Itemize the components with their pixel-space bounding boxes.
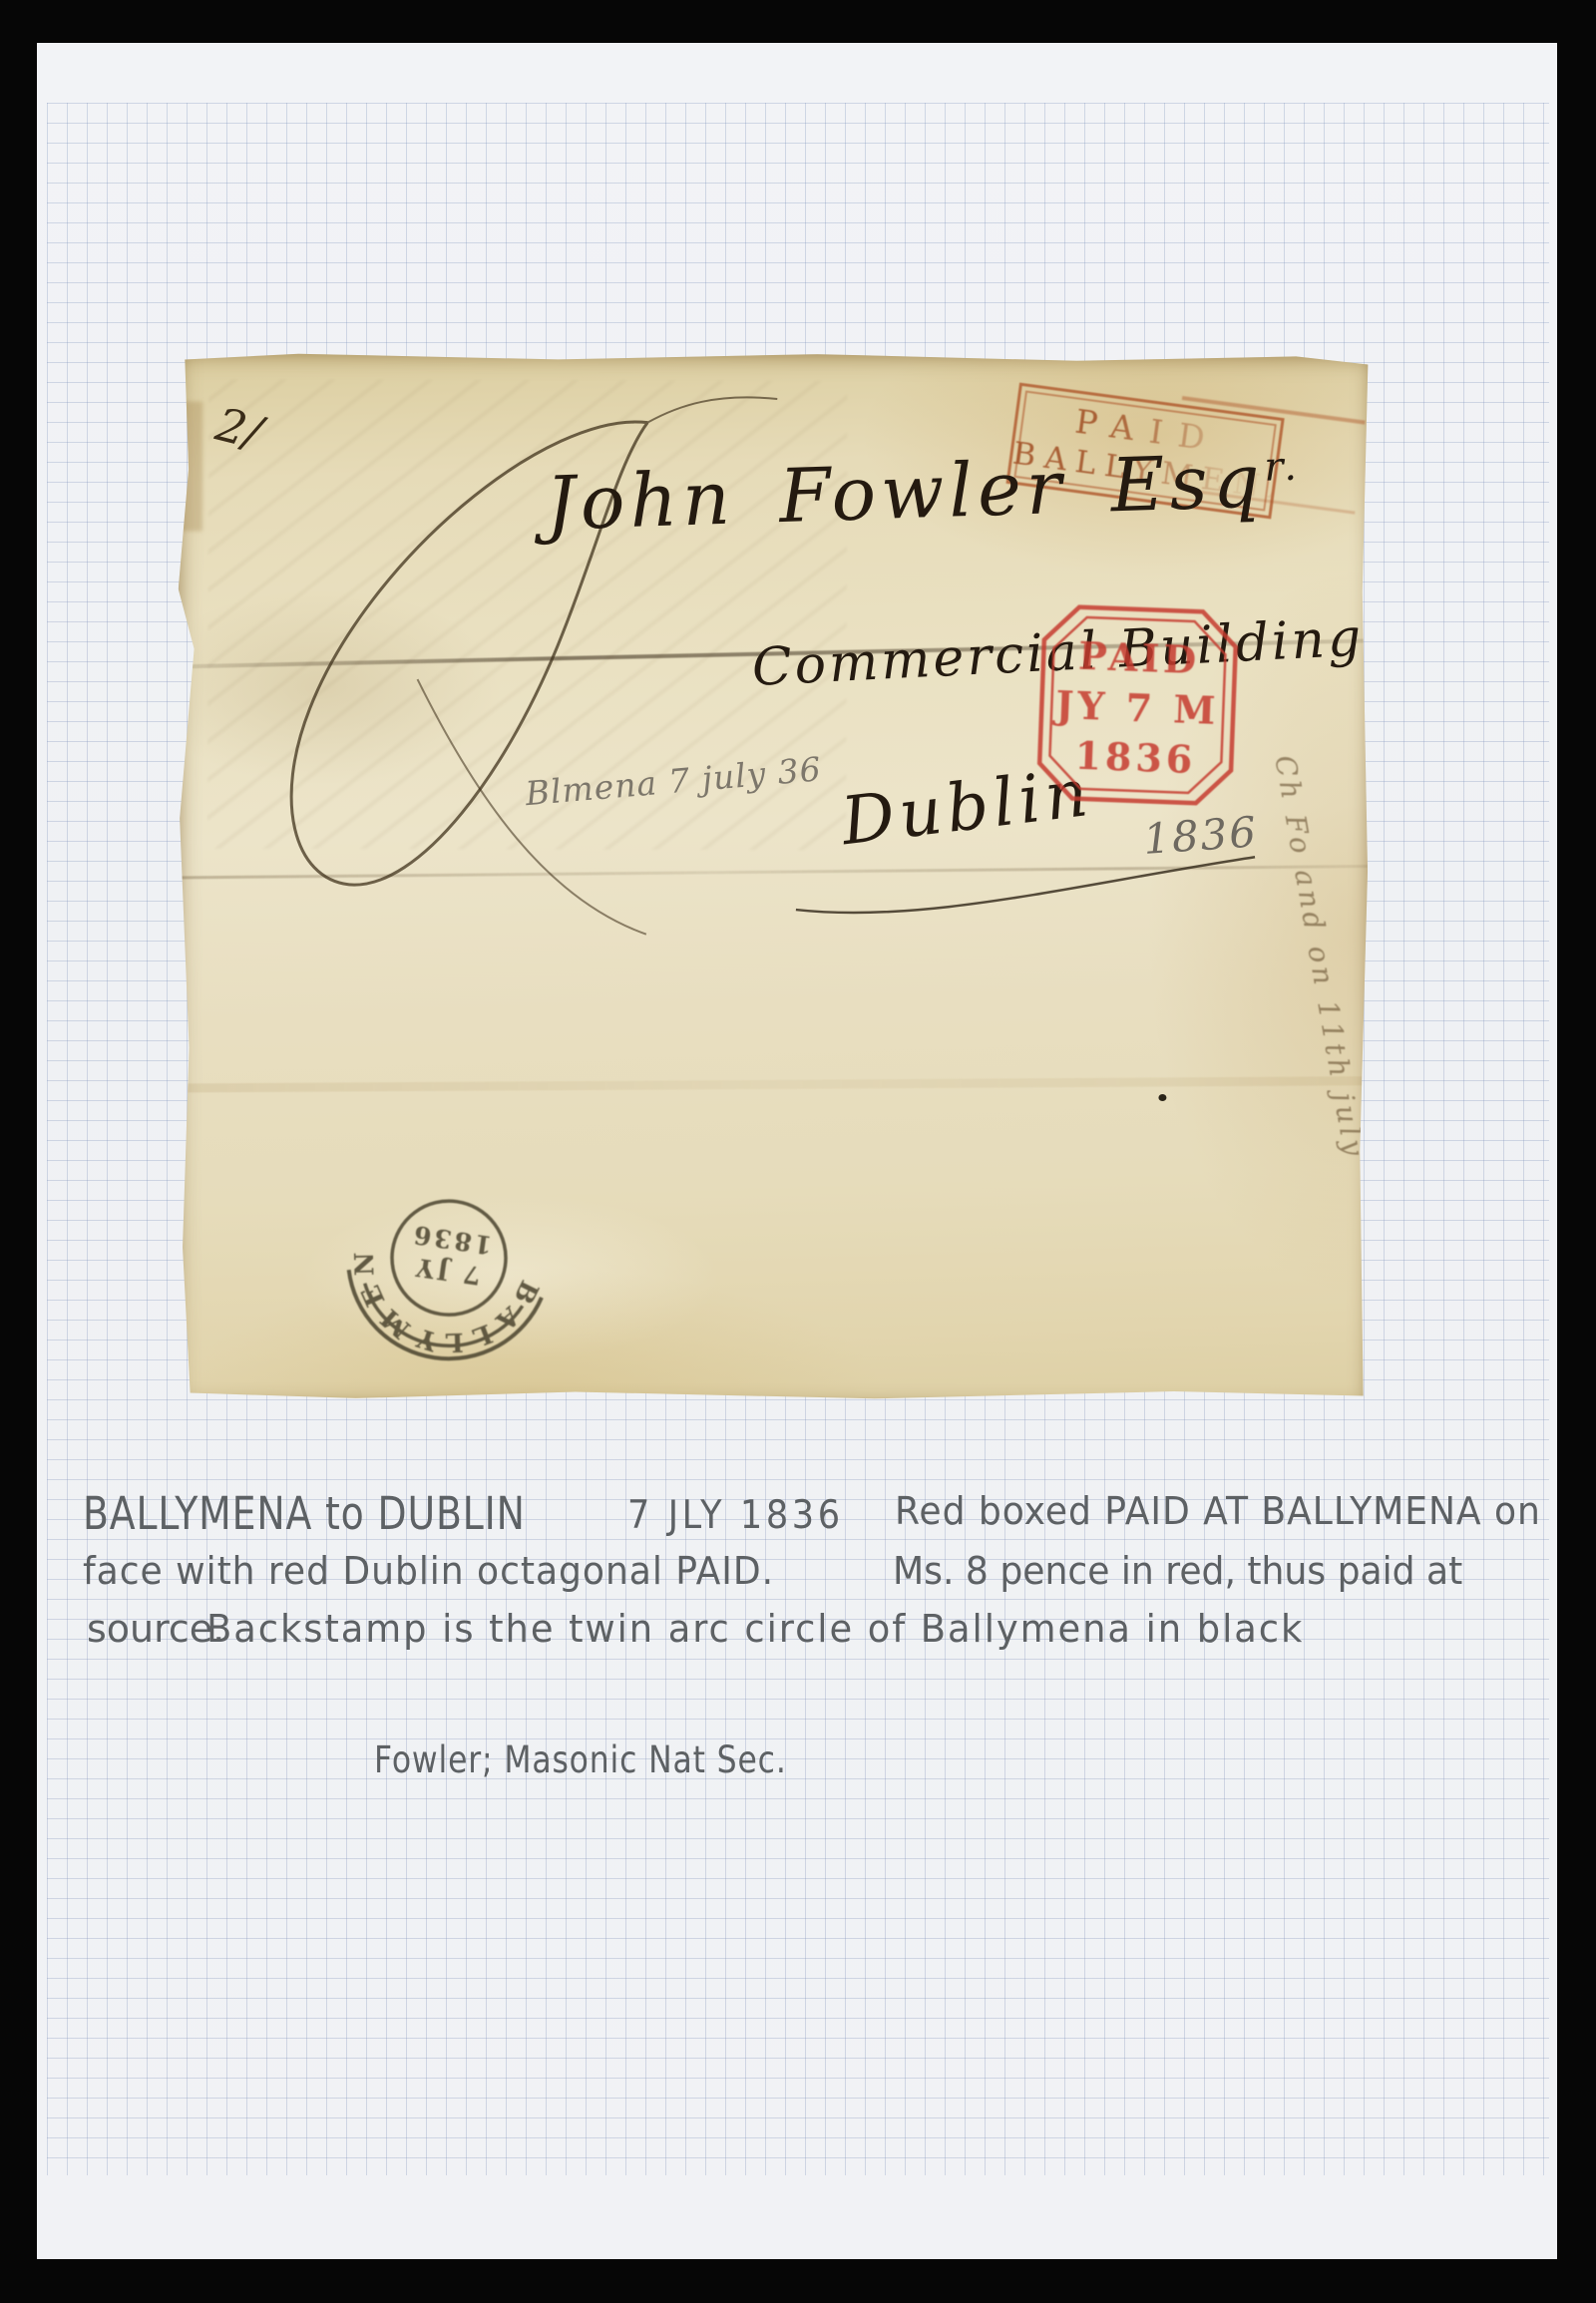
caption-line2-left: face with red Dublin octagonal PAID. [83, 1549, 774, 1593]
pencil-year-note: 1836 [1142, 807, 1260, 864]
caption-date: 7 JLY 1836 [627, 1493, 844, 1538]
ink-speck [1158, 1094, 1166, 1101]
caption-line3-word: source. [87, 1607, 224, 1651]
postal-cover: PAID BALLYMENA 2/ John Fowler Esqr. Comm… [177, 349, 1371, 1405]
caption-route: BALLYMENA to DUBLIN [83, 1487, 526, 1540]
address-name-suffix: r. [1264, 444, 1303, 491]
caption-line2-right: Ms. 8 pence in red, thus paid at [893, 1549, 1462, 1593]
octagonal-paid-stamp: PAID JY 7 M 1836 [1034, 601, 1241, 808]
ballymena-twin-arc-backstamp: BALLYMENA 7 JY 1836 [334, 1143, 565, 1373]
octagon-date-text: JY 7 M [1052, 682, 1221, 733]
caption-line3-rest: Backstamp is the twin arc circle of Ball… [206, 1607, 1304, 1651]
octagon-paid-text: PAID [1077, 633, 1201, 683]
caption-fowler-note: Fowler; Masonic Nat Sec. [374, 1738, 787, 1781]
photo-frame: PAID BALLYMENA 2/ John Fowler Esqr. Comm… [0, 0, 1596, 2303]
caption-line1-description: Red boxed PAID AT BALLYMENA on [895, 1489, 1541, 1533]
octagon-year-text: 1836 [1074, 733, 1197, 783]
album-page: PAID BALLYMENA 2/ John Fowler Esqr. Comm… [37, 43, 1557, 2259]
fold-crease-lower [177, 1076, 1368, 1092]
